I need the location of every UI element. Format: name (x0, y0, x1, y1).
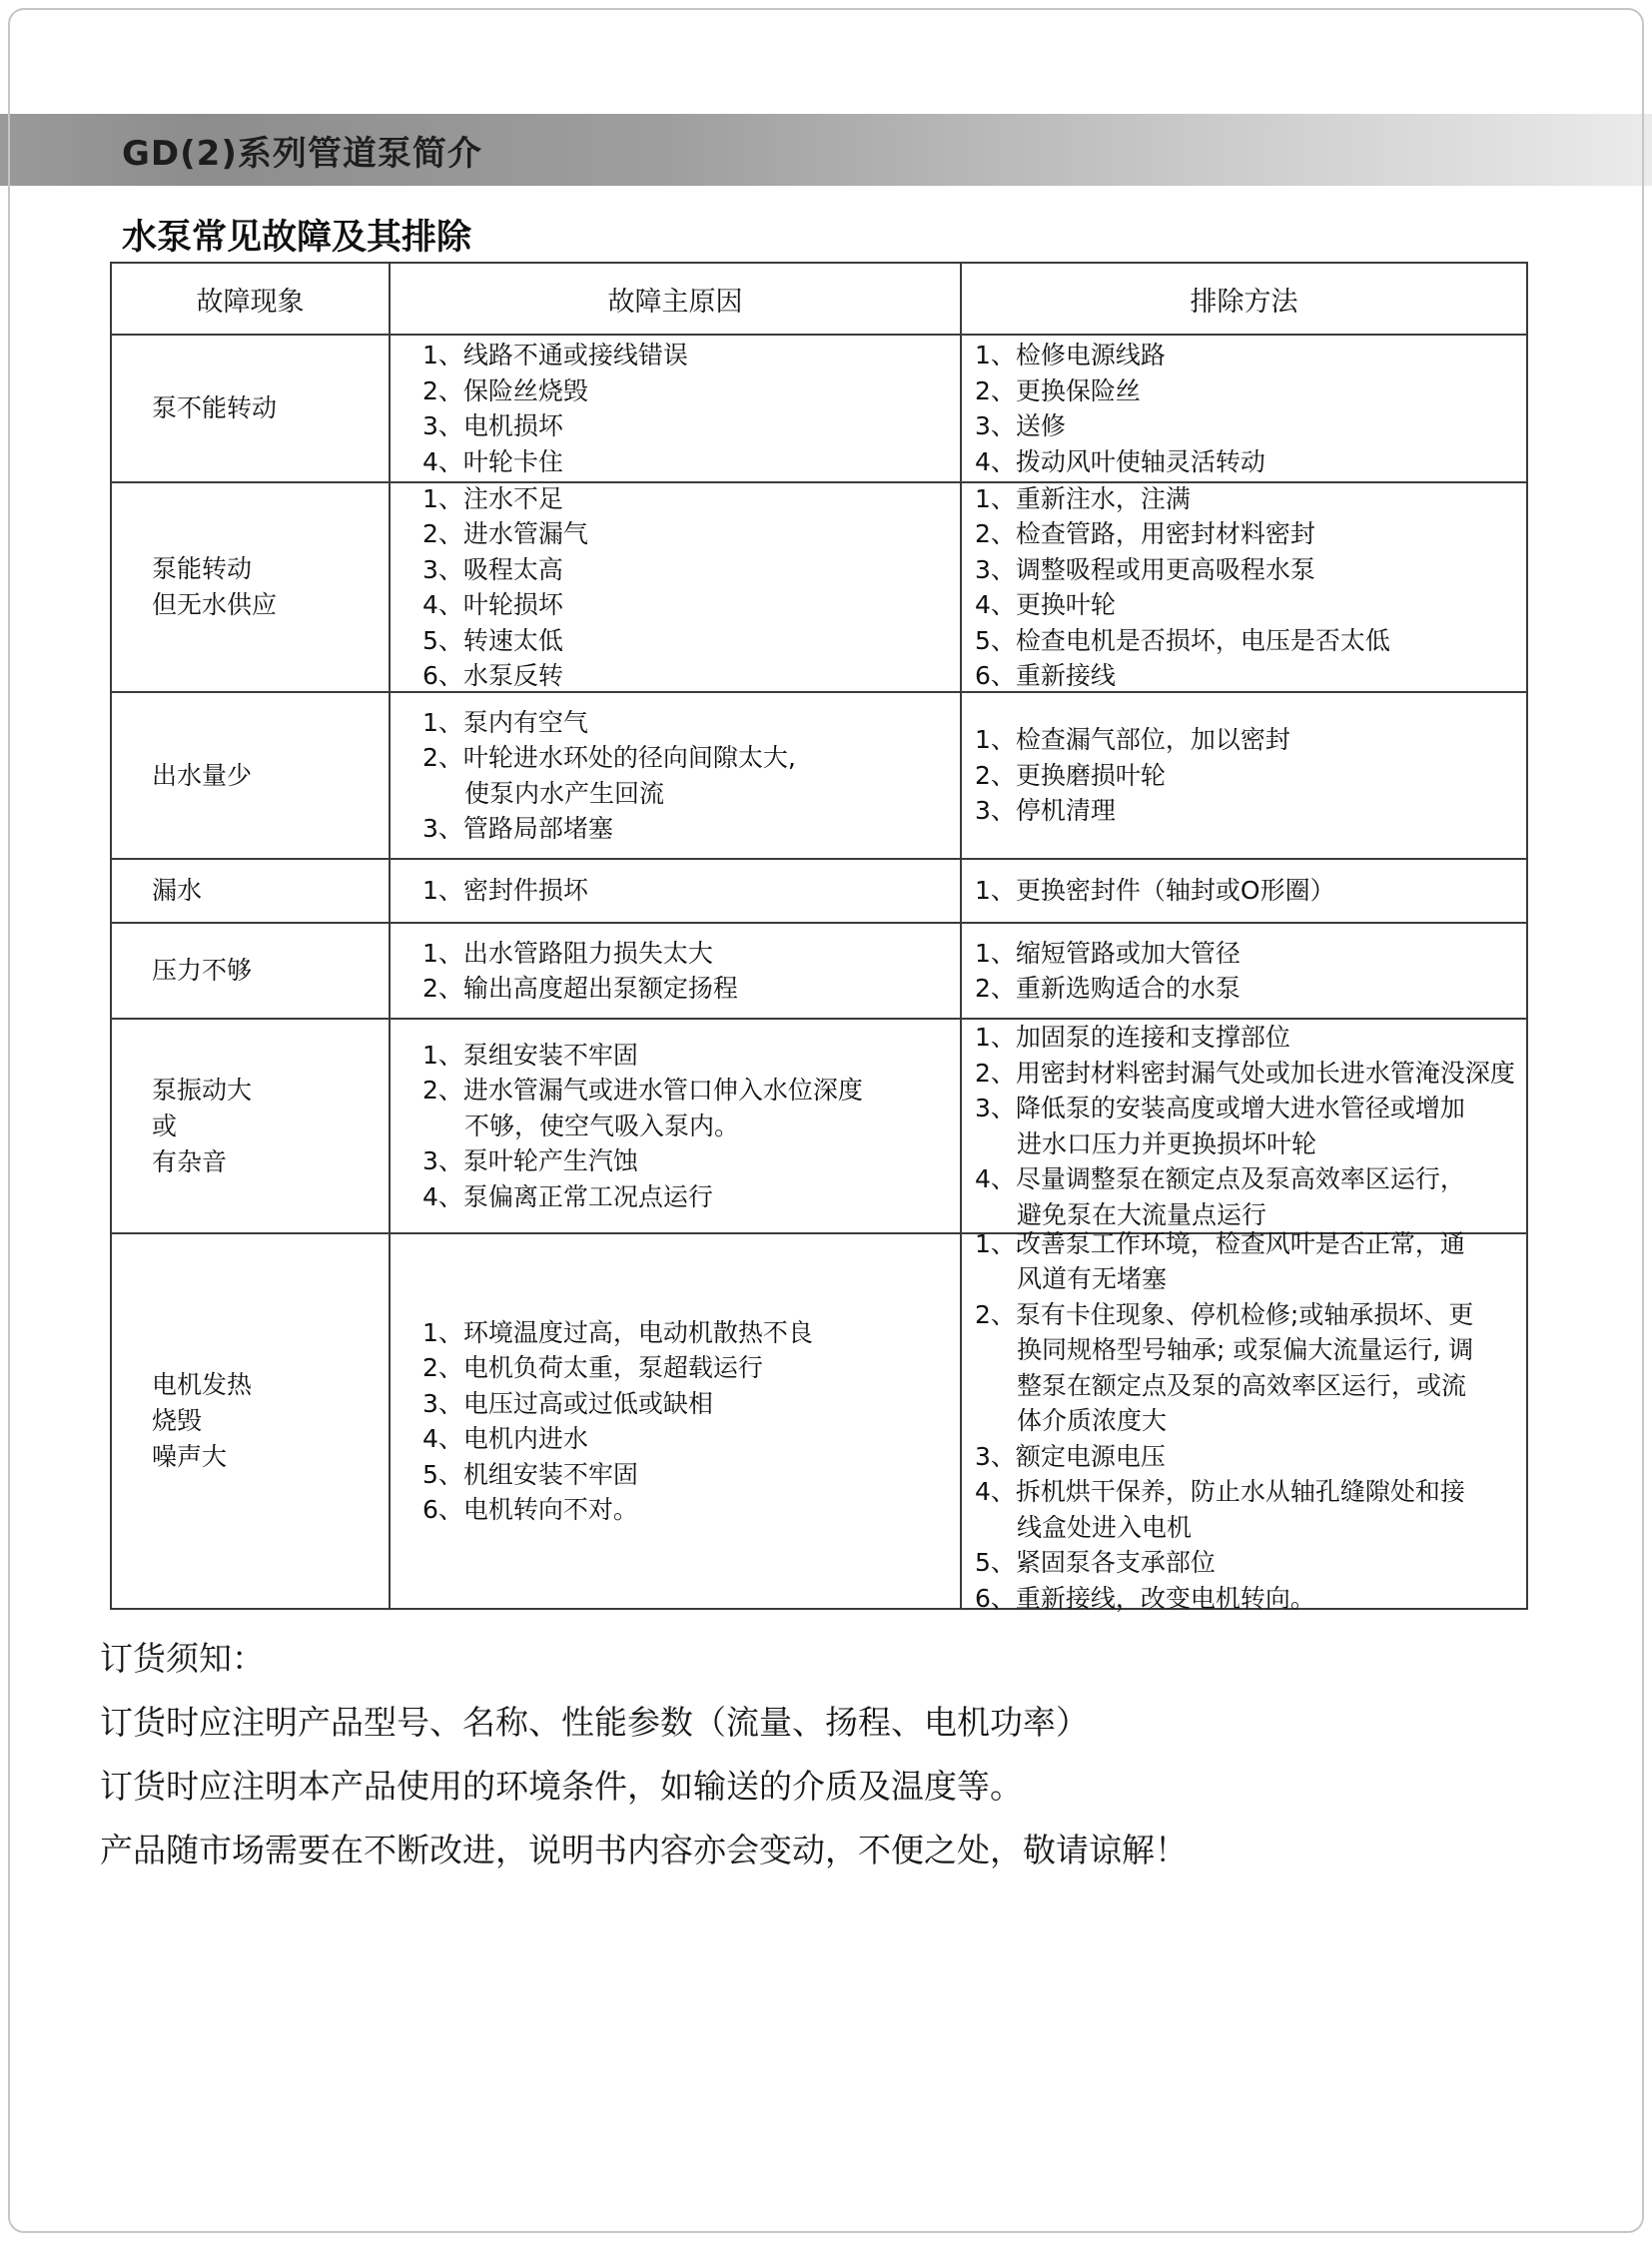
solution-item: 2、更换保险丝 (975, 373, 1524, 409)
cause-item: 3、管路局部堵塞 (422, 811, 952, 847)
solution-item: 2、检查管路，用密封材料密封 (975, 516, 1524, 552)
solution-item: 3、停机清理 (975, 793, 1524, 829)
cause-item: 1、注水不足 (422, 481, 952, 517)
cause-item: 2、电机负荷太重，泵超载运行 (422, 1350, 952, 1386)
table-row: 压力不够 1、出水管路阻力损失太大2、输出高度超出泵额定扬程 1、缩短管路或加大… (112, 922, 1526, 1018)
solution-item: 2、重新选购适合的水泵 (975, 971, 1524, 1007)
solution-item: 6、重新接线，改变电机转向。 (975, 1581, 1524, 1617)
solution-item: 3、调整吸程或用更高吸程水泵 (975, 552, 1524, 588)
phenomenon-cell: 泵振动大或有杂音 (112, 1020, 389, 1232)
cause-item: 3、电压过高或过低或缺相 (422, 1386, 952, 1422)
table-row: 电机发热烧毁噪声大 1、环境温度过高，电动机散热不良2、电机负荷太重，泵超载运行… (112, 1232, 1526, 1608)
phenomenon-line: 泵能转动 (152, 551, 389, 587)
cause-item: 2、进水管漏气 (422, 516, 952, 552)
table-header-row: 故障现象 故障主原因 排除方法 (112, 264, 1526, 334)
phenomenon-line: 泵不能转动 (152, 390, 389, 426)
fault-table: 故障现象 故障主原因 排除方法 泵不能转动 1、线路不通或接线错误2、保险丝烧毁… (110, 262, 1528, 1610)
cause-item: 1、线路不通或接线错误 (422, 338, 952, 373)
table-row: 泵振动大或有杂音 1、泵组安装不牢固2、进水管漏气或进水管口伸入水位深度 不够，… (112, 1018, 1526, 1232)
solution-item: 2、泵有卡住现象、停机检修;或轴承损坏、更 换同规格型号轴承; 或泵偏大流量运行… (975, 1297, 1524, 1439)
phenomenon-line: 出水量少 (152, 758, 389, 794)
note-line: 产品随市场需要在不断改进，说明书内容亦会变动，不便之处，敬请谅解！ (100, 1832, 1528, 1869)
cause-item: 4、叶轮损坏 (422, 587, 952, 623)
solution-item: 1、检查漏气部位，加以密封 (975, 722, 1524, 758)
cause-item: 1、出水管路阻力损失太大 (422, 936, 952, 972)
cause-item: 2、进水管漏气或进水管口伸入水位深度 不够，使空气吸入泵内。 (422, 1073, 952, 1143)
solutions-cell: 1、检修电源线路2、更换保险丝3、送修4、拨动风叶使轴灵活转动 (960, 336, 1526, 481)
solutions-cell: 1、重新注水，注满2、检查管路，用密封材料密封3、调整吸程或用更高吸程水泵4、更… (960, 483, 1526, 691)
solution-item: 1、更换密封件（轴封或O形圈） (975, 873, 1524, 909)
solutions-cell: 1、改善泵工作环境，检查风叶是否正常，通 风道有无堵塞2、泵有卡住现象、停机检修… (960, 1234, 1526, 1608)
phenomenon-line: 泵振动大 (152, 1073, 389, 1109)
causes-cell: 1、泵组安装不牢固2、进水管漏气或进水管口伸入水位深度 不够，使空气吸入泵内。3… (389, 1020, 960, 1232)
cause-item: 1、环境温度过高，电动机散热不良 (422, 1315, 952, 1351)
solution-item: 1、改善泵工作环境，检查风叶是否正常，通 风道有无堵塞 (975, 1226, 1524, 1297)
solution-item: 3、额定电源电压 (975, 1439, 1524, 1475)
solutions-cell: 1、更换密封件（轴封或O形圈） (960, 860, 1526, 922)
notes-title: 订货须知： (100, 1640, 1528, 1678)
solution-item: 1、缩短管路或加大管径 (975, 936, 1524, 972)
phenomenon-line: 漏水 (152, 873, 389, 909)
phenomenon-cell: 泵能转动但无水供应 (112, 483, 389, 691)
cause-item: 6、水泵反转 (422, 658, 952, 694)
table-row: 泵不能转动 1、线路不通或接线错误2、保险丝烧毁3、电机损坏4、叶轮卡住 1、检… (112, 334, 1526, 481)
cause-item: 2、保险丝烧毁 (422, 373, 952, 409)
table-row: 泵能转动但无水供应 1、注水不足2、进水管漏气3、吸程太高4、叶轮损坏5、转速太… (112, 481, 1526, 691)
phenomenon-line: 压力不够 (152, 953, 389, 989)
order-notes: 订货须知： 订货时应注明产品型号、名称、性能参数（流量、扬程、电机功率） 订货时… (100, 1640, 1528, 1895)
solutions-cell: 1、检查漏气部位，加以密封2、更换磨损叶轮3、停机清理 (960, 693, 1526, 858)
solution-item: 1、检修电源线路 (975, 338, 1524, 373)
cause-item: 3、泵叶轮产生汽蚀 (422, 1143, 952, 1179)
cause-item: 5、机组安装不牢固 (422, 1457, 952, 1493)
phenomenon-line: 噪声大 (152, 1439, 389, 1475)
causes-cell: 1、泵内有空气2、叶轮进水环处的径向间隙太大, 使泵内水产生回流3、管路局部堵塞 (389, 693, 960, 858)
cause-item: 4、电机内进水 (422, 1421, 952, 1457)
cause-item: 4、泵偏离正常工况点运行 (422, 1179, 952, 1215)
phenomenon-cell: 电机发热烧毁噪声大 (112, 1234, 389, 1608)
solution-item: 1、加固泵的连接和支撑部位 (975, 1020, 1524, 1056)
phenomenon-line: 但无水供应 (152, 587, 389, 623)
phenomenon-line: 或 (152, 1109, 389, 1144)
phenomenon-cell: 压力不够 (112, 924, 389, 1018)
cause-item: 6、电机转向不对。 (422, 1492, 952, 1528)
solution-item: 2、用密封材料密封漏气处或加长进水管淹没深度 (975, 1056, 1524, 1092)
table-row: 漏水 1、密封件损坏 1、更换密封件（轴封或O形圈） (112, 858, 1526, 922)
phenomenon-line: 有杂音 (152, 1144, 389, 1180)
solution-item: 1、重新注水，注满 (975, 481, 1524, 517)
solution-item: 4、尽量调整泵在额定点及泵高效率区运行， 避免泵在大流量点运行 (975, 1161, 1524, 1232)
solution-item: 5、检查电机是否损坏，电压是否太低 (975, 623, 1524, 659)
solutions-cell: 1、加固泵的连接和支撑部位2、用密封材料密封漏气处或加长进水管淹没深度3、降低泵… (960, 1020, 1526, 1232)
note-line: 订货时应注明产品型号、名称、性能参数（流量、扬程、电机功率） (100, 1704, 1528, 1742)
table-row: 出水量少 1、泵内有空气2、叶轮进水环处的径向间隙太大, 使泵内水产生回流3、管… (112, 691, 1526, 858)
solution-item: 4、更换叶轮 (975, 587, 1524, 623)
causes-cell: 1、环境温度过高，电动机散热不良2、电机负荷太重，泵超载运行3、电压过高或过低或… (389, 1234, 960, 1608)
solution-item: 4、拨动风叶使轴灵活转动 (975, 444, 1524, 480)
cause-item: 1、泵内有空气 (422, 705, 952, 741)
causes-cell: 1、密封件损坏 (389, 860, 960, 922)
solutions-cell: 1、缩短管路或加大管径2、重新选购适合的水泵 (960, 924, 1526, 1018)
causes-cell: 1、线路不通或接线错误2、保险丝烧毁3、电机损坏4、叶轮卡住 (389, 336, 960, 481)
cause-item: 4、叶轮卡住 (422, 444, 952, 480)
cause-item: 5、转速太低 (422, 623, 952, 659)
column-header-cause: 故障主原因 (389, 264, 960, 334)
solution-item: 3、送修 (975, 408, 1524, 444)
phenomenon-cell: 泵不能转动 (112, 336, 389, 481)
solution-item: 4、拆机烘干保养，防止水从轴孔缝隙处和接 线盒处进入电机 (975, 1474, 1524, 1545)
cause-item: 3、电机损坏 (422, 408, 952, 444)
phenomenon-line: 烧毁 (152, 1403, 389, 1439)
phenomenon-line: 电机发热 (152, 1367, 389, 1403)
section-title: 水泵常见故障及其排除 (122, 210, 471, 260)
cause-item: 3、吸程太高 (422, 552, 952, 588)
solution-item: 5、紧固泵各支承部位 (975, 1545, 1524, 1581)
note-line: 订货时应注明本产品使用的环境条件，如输送的介质及温度等。 (100, 1768, 1528, 1806)
cause-item: 2、叶轮进水环处的径向间隙太大, 使泵内水产生回流 (422, 740, 952, 811)
manual-page: GD(2)系列管道泵简介 水泵常见故障及其排除 故障现象 故障主原因 排除方法 … (0, 0, 1652, 2241)
cause-item: 1、密封件损坏 (422, 873, 952, 909)
cause-item: 1、泵组安装不牢固 (422, 1038, 952, 1074)
solution-item: 6、重新接线 (975, 658, 1524, 694)
cause-item: 2、输出高度超出泵额定扬程 (422, 971, 952, 1007)
column-header-solution: 排除方法 (960, 264, 1526, 334)
phenomenon-cell: 出水量少 (112, 693, 389, 858)
header-bar: GD(2)系列管道泵简介 (0, 114, 1652, 186)
causes-cell: 1、出水管路阻力损失太大2、输出高度超出泵额定扬程 (389, 924, 960, 1018)
causes-cell: 1、注水不足2、进水管漏气3、吸程太高4、叶轮损坏5、转速太低6、水泵反转 (389, 483, 960, 691)
solution-item: 2、更换磨损叶轮 (975, 758, 1524, 794)
column-header-phenomenon: 故障现象 (112, 264, 389, 334)
page-title: GD(2)系列管道泵简介 (122, 126, 482, 175)
solution-item: 3、降低泵的安装高度或增大进水管径或增加 进水口压力并更换损坏叶轮 (975, 1091, 1524, 1161)
phenomenon-cell: 漏水 (112, 860, 389, 922)
